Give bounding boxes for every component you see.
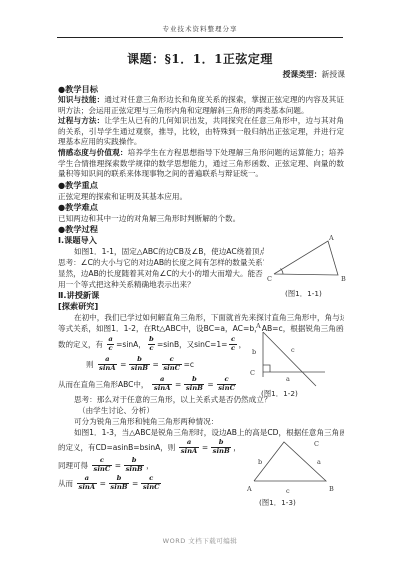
figure-right-triangle-1-2: A C b c a xyxy=(246,320,341,390)
difficulties-text: 已知两边和其中一边的对角解三角形时判断解的个数。 xyxy=(58,213,344,224)
lesson-type: 授课类型：新授课 xyxy=(57,69,345,80)
fraction-a-over-sinA: asinA xyxy=(152,376,172,392)
fraction-denominator: sinB xyxy=(211,447,231,456)
side-label-b: b xyxy=(252,348,256,356)
fraction-numerator: a xyxy=(105,356,109,364)
formula-mid-text: =sinA， xyxy=(116,339,146,350)
fraction-denominator: sinB xyxy=(129,364,149,373)
side-label-c: c xyxy=(286,487,290,495)
fraction-denominator: sinA xyxy=(98,364,118,373)
fraction-denominator: sinC xyxy=(92,465,112,474)
fraction-numerator: b xyxy=(132,457,137,465)
intro-line-3: 显然，边AB的长度随着其对角∠C的大小的增大而增大。能否 xyxy=(58,268,264,279)
equals-sign: = xyxy=(115,461,121,470)
fraction-a-over-sinA: asinA xyxy=(77,475,97,491)
emotion-label: 情感态度与价值观： xyxy=(58,148,128,157)
side-label-b: b xyxy=(258,458,262,466)
fraction-numerator: c xyxy=(231,336,235,344)
fraction-a-over-sinA: asinA xyxy=(179,439,199,455)
figure-acute-triangle-1-3: C b a A c B xyxy=(244,434,344,496)
key-points-text: 正弦定理的探索和证明及其基本应用。 xyxy=(58,191,344,202)
fraction-c-over-sinC: csinC xyxy=(162,356,182,372)
vertex-label-A: A xyxy=(328,234,334,242)
process-label: 过程与方法： xyxy=(58,116,104,125)
fraction-numerator: c xyxy=(149,475,153,483)
fraction-numerator: b xyxy=(192,376,197,384)
fraction-b-over-sinB: bsinB xyxy=(211,439,231,455)
triangle-outline xyxy=(274,241,338,275)
side-label-a: a xyxy=(286,375,290,383)
fraction-c-over-sinC: csinC xyxy=(92,457,112,473)
fraction-numerator: a xyxy=(187,439,191,447)
formula-end-text: ， xyxy=(146,460,154,471)
fraction-c-over-sinC: csinC xyxy=(141,475,161,491)
vertex-label-B: B xyxy=(329,485,334,493)
vertex-label-C: C xyxy=(267,275,272,283)
fraction-c-over-sinC: csinC xyxy=(217,376,237,392)
heading-explore: [探索研究] xyxy=(58,301,344,312)
header-note: 专业技术资料整理分享 xyxy=(0,24,400,33)
fraction-numerator: c xyxy=(170,356,174,364)
figure-1-1-caption: (图1．1-1) xyxy=(285,289,322,299)
formula-mid-text: =sinB，又sinC=1= xyxy=(157,339,228,350)
fraction-denominator: c xyxy=(148,344,155,353)
formula-end-text: ， xyxy=(239,339,247,350)
vertex-label-C: C xyxy=(314,440,319,448)
fraction-denominator: sinC xyxy=(141,483,161,492)
fraction-b-over-sinB: bsinB xyxy=(129,356,149,372)
fraction-b-over-sinB: bsinB xyxy=(124,457,144,473)
fraction-denominator: sinC xyxy=(162,364,182,373)
intro-line-1: 如图1．1-1，固定△ABC的边CB及∠B，使边AC绕着顶点C转动。 xyxy=(58,246,264,257)
fraction-numerator: b xyxy=(137,356,142,364)
formula-end-text: ， xyxy=(233,442,241,453)
heading-key-points: ●教学重点 xyxy=(58,180,344,191)
equals-sign: = xyxy=(100,479,106,488)
document-page: 专业技术资料整理分享 课题：§1．1．1正弦定理 授课类型：新授课 ●教学目标 … xyxy=(0,0,400,565)
fraction-denominator: sinB xyxy=(109,483,129,492)
fraction-b-over-sinB: bsinB xyxy=(184,376,204,392)
intro-line-2: 思考：∠C的大小与它的对边AB的长度之间有怎样的数量关系？ xyxy=(58,257,264,268)
fraction-denominator: sinA xyxy=(179,447,199,456)
fraction-denominator: sinA xyxy=(152,384,172,393)
knowledge-paragraph: 知识与技能：通过对任意三角形边长和角度关系的探索，掌握正弦定理的内容及其证明方法… xyxy=(58,95,344,116)
vertex-label-C: C xyxy=(250,369,255,377)
formula-pre-text: 从而在直角三角形ABC中， xyxy=(58,379,148,390)
fraction-denominator: sinC xyxy=(217,384,237,393)
fraction-a-over-c: ac xyxy=(107,336,114,352)
formula-pre-text: 的定义，有CD=asinB=bsinA，则 xyxy=(58,442,175,453)
equals-sign: = xyxy=(120,360,126,369)
heading-difficulties: ●教学难点 xyxy=(58,202,344,213)
title-label: 课题： xyxy=(127,52,165,66)
fraction-denominator: sinB xyxy=(184,384,204,393)
fraction-b-over-sinB: bsinB xyxy=(109,475,129,491)
fraction-c-over-c: cc xyxy=(229,336,236,352)
formula-end-text: =c xyxy=(184,360,194,369)
knowledge-label: 知识与技能： xyxy=(58,95,104,104)
fraction-b-over-c: bc xyxy=(148,336,155,352)
figure-triangle-1-1: A C B xyxy=(266,234,352,286)
cases-line: 可分为锐角三角形和钝角三角形两种情况： xyxy=(58,416,344,427)
process-paragraph: 过程与方法：让学生从已有的几何知识出发，共同探究在任意三角形中，边与其对角的关系… xyxy=(58,116,344,148)
equals-sign: = xyxy=(202,443,208,452)
fraction-numerator: a xyxy=(108,336,112,344)
equals-sign: = xyxy=(175,380,181,389)
formula-pre-text: 同理可得 xyxy=(58,460,88,471)
fraction-numerator: a xyxy=(85,475,89,483)
vertex-label-B: B xyxy=(341,275,346,283)
lesson-type-value: 新授课 xyxy=(322,70,345,79)
vertex-label-A: A xyxy=(246,485,252,493)
heading-objectives: ●教学目标 xyxy=(58,84,344,95)
fraction-numerator: a xyxy=(160,376,164,384)
formula-pre-text: 数的定义，有 xyxy=(58,339,103,350)
figure-1-2-caption: (图1．1-2) xyxy=(261,389,298,399)
equals-sign: = xyxy=(132,479,138,488)
discuss-line: （由学生讨论、分析） xyxy=(58,405,344,416)
fraction-denominator: c xyxy=(107,344,114,353)
fraction-numerator: c xyxy=(225,376,229,384)
emotion-paragraph: 情感态度与价值观：培养学生在方程思想指导下处理解三角形问题的运算能力；培养学生合… xyxy=(58,148,344,180)
side-label-c: c xyxy=(291,346,295,354)
header-divider xyxy=(57,37,343,38)
intro-line-4: 用一个等式把这种关系精确地表示出来？ xyxy=(58,279,264,290)
page-title: 课题：§1．1．1正弦定理 xyxy=(0,50,400,67)
fraction-denominator: c xyxy=(229,344,236,353)
document-body: ●教学目标 知识与技能：通过对任意三角形边长和角度关系的探索，掌握正弦定理的内容… xyxy=(58,84,344,492)
vertex-label-A: A xyxy=(255,322,261,330)
footer-note: WORD 文档下载可编辑 xyxy=(0,536,400,545)
fraction-denominator: sinA xyxy=(77,483,97,492)
formula-pre-text: 从而 xyxy=(58,478,73,489)
figure-1-3-caption: (图1．1-3) xyxy=(259,498,296,508)
fraction-numerator: b xyxy=(117,475,122,483)
formula-pre-text: 则 xyxy=(86,359,94,370)
equals-sign: = xyxy=(207,380,213,389)
fraction-numerator: b xyxy=(149,336,154,344)
fraction-denominator: sinB xyxy=(124,465,144,474)
right-angle-mark xyxy=(263,365,270,372)
title-text: §1．1．1正弦定理 xyxy=(165,52,273,66)
lesson-type-label: 授课类型： xyxy=(283,70,322,79)
think-line: 思考：那么对于任意的三角形，以上关系式是否仍然成立？ xyxy=(58,394,344,405)
fraction-numerator: b xyxy=(219,439,224,447)
side-label-a: a xyxy=(317,458,321,466)
fraction-numerator: c xyxy=(100,457,104,465)
equals-sign: = xyxy=(153,360,159,369)
fraction-a-over-sinA: asinA xyxy=(98,356,118,372)
